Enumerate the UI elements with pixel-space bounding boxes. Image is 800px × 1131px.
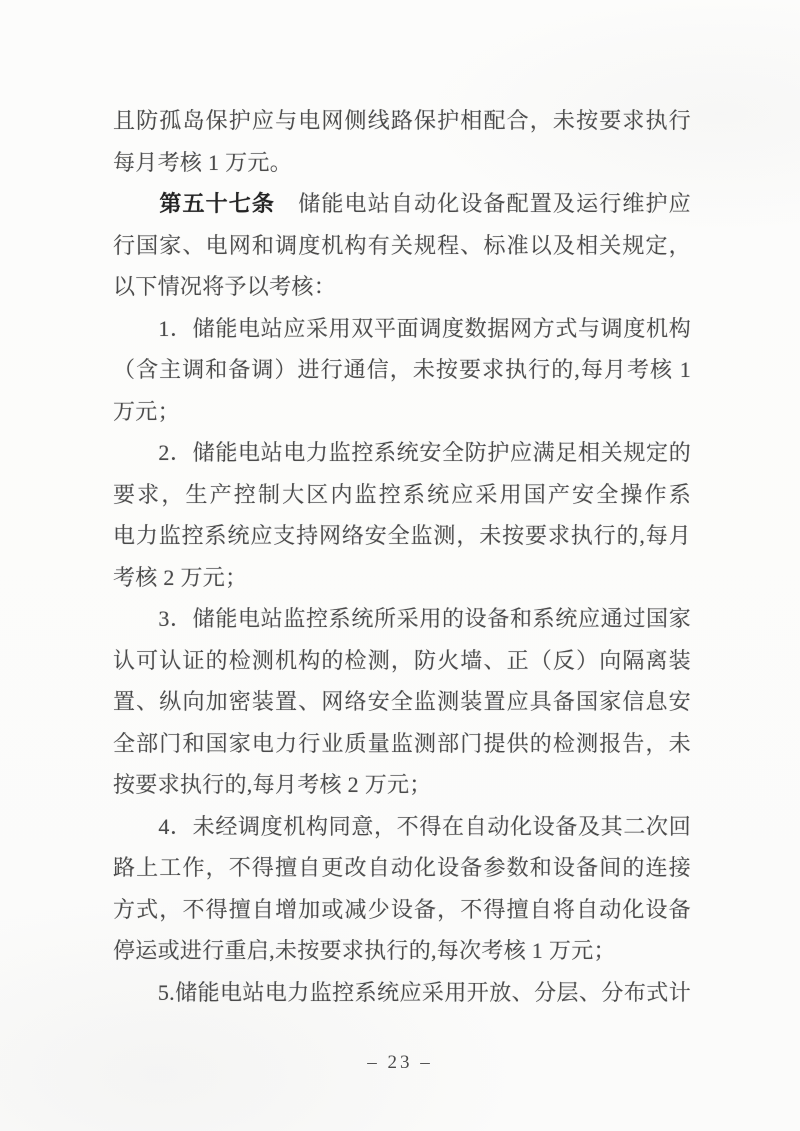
text-line: 3．储能电站监控系统所采用的设备和系统应通过国家 [113, 598, 691, 640]
text-line: 每月考核 1 万元。 [113, 142, 691, 184]
text-line: 按要求执行的,每月考核 2 万元； [113, 764, 691, 806]
text-line: （含主调和备调）进行通信，未按要求执行的,每月考核 1 [113, 349, 691, 391]
text-line: 认可认证的检测机构的检测，防火墙、正（反）向隔离装 [113, 640, 691, 682]
text-line: 4．未经调度机构同意，不得在自动化设备及其二次回 [113, 806, 691, 848]
text-line: 方式，不得擅自增加或减少设备，不得擅自将自动化设备 [113, 889, 691, 931]
text-line: 万元； [113, 391, 691, 433]
text-line: 以下情况将予以考核： [113, 266, 691, 308]
text-line: 1．储能电站应采用双平面调度数据网方式与调度机构 [113, 308, 691, 350]
text-line: 5.储能电站电力监控系统应采用开放、分层、分布式计 [113, 972, 691, 1014]
text-line: 路上工作，不得擅自更改自动化设备参数和设备间的连接 [113, 847, 691, 889]
text-line: 考核 2 万元； [113, 557, 691, 599]
text-line: 2．储能电站电力监控系统安全防护应满足相关规定的 [113, 432, 691, 474]
text-line: 第五十七条 储能电站自动化设备配置及运行维护应执 [113, 183, 691, 225]
text-line: 行国家、电网和调度机构有关规程、标准以及相关规定，出现 [113, 225, 691, 267]
document-page: 且防孤岛保护应与电网侧线路保护相配合，未按要求执行的，每月考核 1 万元。 第五… [0, 0, 800, 1131]
text-line: 要求，生产控制大区内监控系统应采用国产安全操作系统， [113, 474, 691, 516]
text-line: 停运或进行重启,未按要求执行的,每次考核 1 万元； [113, 930, 691, 972]
text-line: 且防孤岛保护应与电网侧线路保护相配合，未按要求执行的， [113, 100, 691, 142]
document-text: 且防孤岛保护应与电网侧线路保护相配合，未按要求执行的，每月考核 1 万元。 第五… [113, 100, 691, 1013]
text-line: 置、纵向加密装置、网络安全监测装置应具备国家信息安 [113, 681, 691, 723]
text-line: 全部门和国家电力行业质量监测部门提供的检测报告，未 [113, 723, 691, 765]
text-line: 电力监控系统应支持网络安全监测，未按要求执行的,每月 [113, 515, 691, 557]
article-number: 第五十七条 [159, 191, 275, 216]
page-number: – 23 – [0, 1052, 800, 1074]
